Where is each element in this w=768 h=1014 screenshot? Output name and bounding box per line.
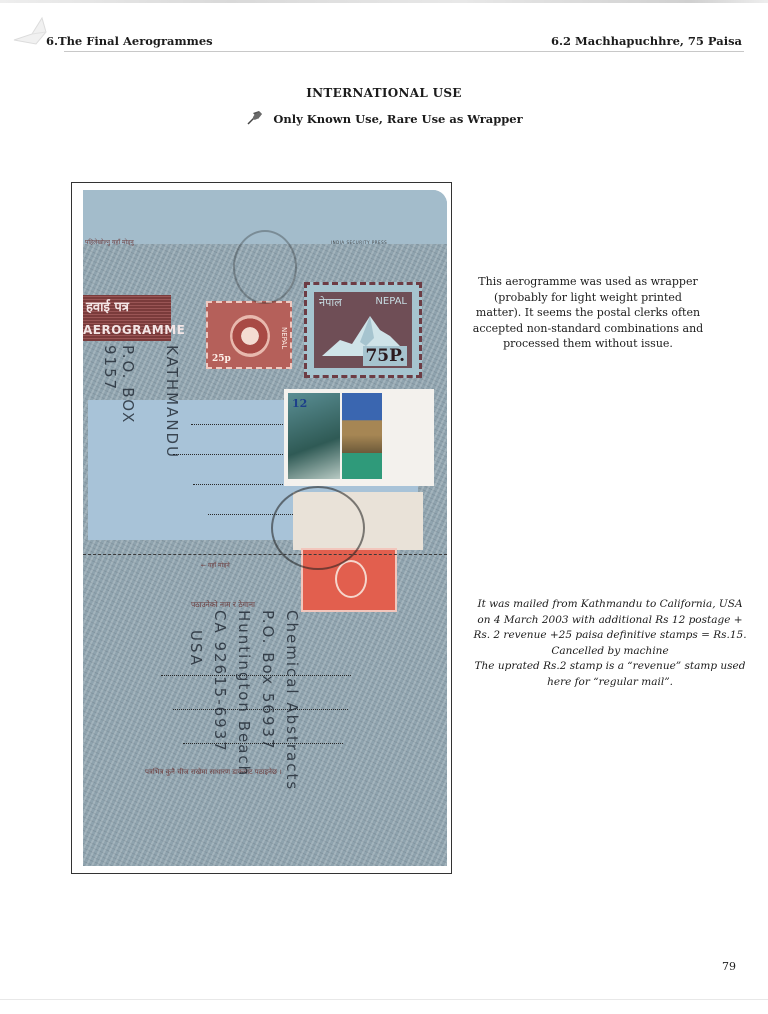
chapter-header: 6.The Final Aerogrammes xyxy=(46,34,213,48)
wrapper-note: This aerogramme was used as wrapper (pro… xyxy=(470,274,706,352)
handwritten-recipient: Chemical Abstracts xyxy=(283,610,301,850)
usage-line: Rs. 2 revenue +25 paisa definitive stamp… xyxy=(470,628,750,644)
page-subtitle: Only Known Use, Rare Use as Wrapper xyxy=(0,110,768,126)
usage-line: It was mailed from Kathmandu to Californ… xyxy=(470,597,750,613)
stamp-value: 25p xyxy=(212,354,231,364)
handwritten-sender: KATHMANDU xyxy=(163,345,181,475)
handwritten-recipient: USA xyxy=(187,630,205,830)
stamp-country: NEPAL xyxy=(375,296,407,307)
header-divider xyxy=(64,51,744,52)
stamp-country-devanagari: नेपाल xyxy=(319,295,342,310)
imprinted-stamp-75p: नेपाल NEPAL 75P. xyxy=(304,282,422,378)
airmail-label-english: AEROGRAMME xyxy=(83,323,185,337)
stamp-25-paisa: 25p NEPAL xyxy=(206,301,292,369)
usage-line: here for “regular mail”. xyxy=(470,675,750,691)
flap-imprint: INDIA SECURITY PRESS xyxy=(331,240,387,245)
subtitle-text: Only Known Use, Rare Use as Wrapper xyxy=(273,112,522,126)
page-bottom-edge xyxy=(0,999,768,1000)
fold-line xyxy=(83,554,447,555)
pushpin-icon xyxy=(245,110,265,126)
usage-line: on 4 March 2003 with additional Rs 12 po… xyxy=(470,613,750,629)
page-top-edge xyxy=(0,0,768,3)
stamp-value: 75P. xyxy=(363,346,407,366)
page-title: INTERNATIONAL USE xyxy=(0,86,768,100)
handwritten-recipient: CA 92615-6937 xyxy=(211,610,229,850)
usage-line: The uprated Rs.2 stamp is a “revenue” st… xyxy=(470,659,750,675)
usage-line: Cancelled by machine xyxy=(470,644,750,660)
coat-of-arms-icon xyxy=(230,315,270,357)
sheet-margin xyxy=(390,389,434,486)
stamp-pair-12-rupees: 12 xyxy=(284,389,390,486)
stamp-value: 12 xyxy=(292,397,307,410)
airmail-label-devanagari: हवाई पत्र xyxy=(86,297,129,315)
handwritten-recipient: Huntington Beach xyxy=(235,610,253,850)
handwritten-recipient: P.O. Box 56937 xyxy=(259,610,277,850)
page-number: 79 xyxy=(722,960,736,973)
fold-label: ← यहाँ मोड्ने xyxy=(201,561,230,569)
sender-label: पठाउनेको नाम र ठेगाना xyxy=(191,600,255,610)
section-header: 6.2 Machhapuchhre, 75 Paisa xyxy=(551,34,742,48)
handwritten-sender: P.O. BOX 9157 xyxy=(101,345,137,475)
flap-printed-text: पहिलेखोल्नु यहाँ मोड्नु xyxy=(85,238,134,246)
postmark-cancel xyxy=(233,230,297,304)
emblem-icon xyxy=(335,560,367,598)
stamp-country: NEPAL xyxy=(280,327,288,349)
usage-description: It was mailed from Kathmandu to Californ… xyxy=(470,597,750,690)
aerogramme-image: पहिलेखोल्नु यहाँ मोड्नु INDIA SECURITY P… xyxy=(83,190,447,866)
airmail-label: हवाई पत्र AEROGRAMME xyxy=(83,295,171,341)
postmark-cancel xyxy=(271,486,365,570)
